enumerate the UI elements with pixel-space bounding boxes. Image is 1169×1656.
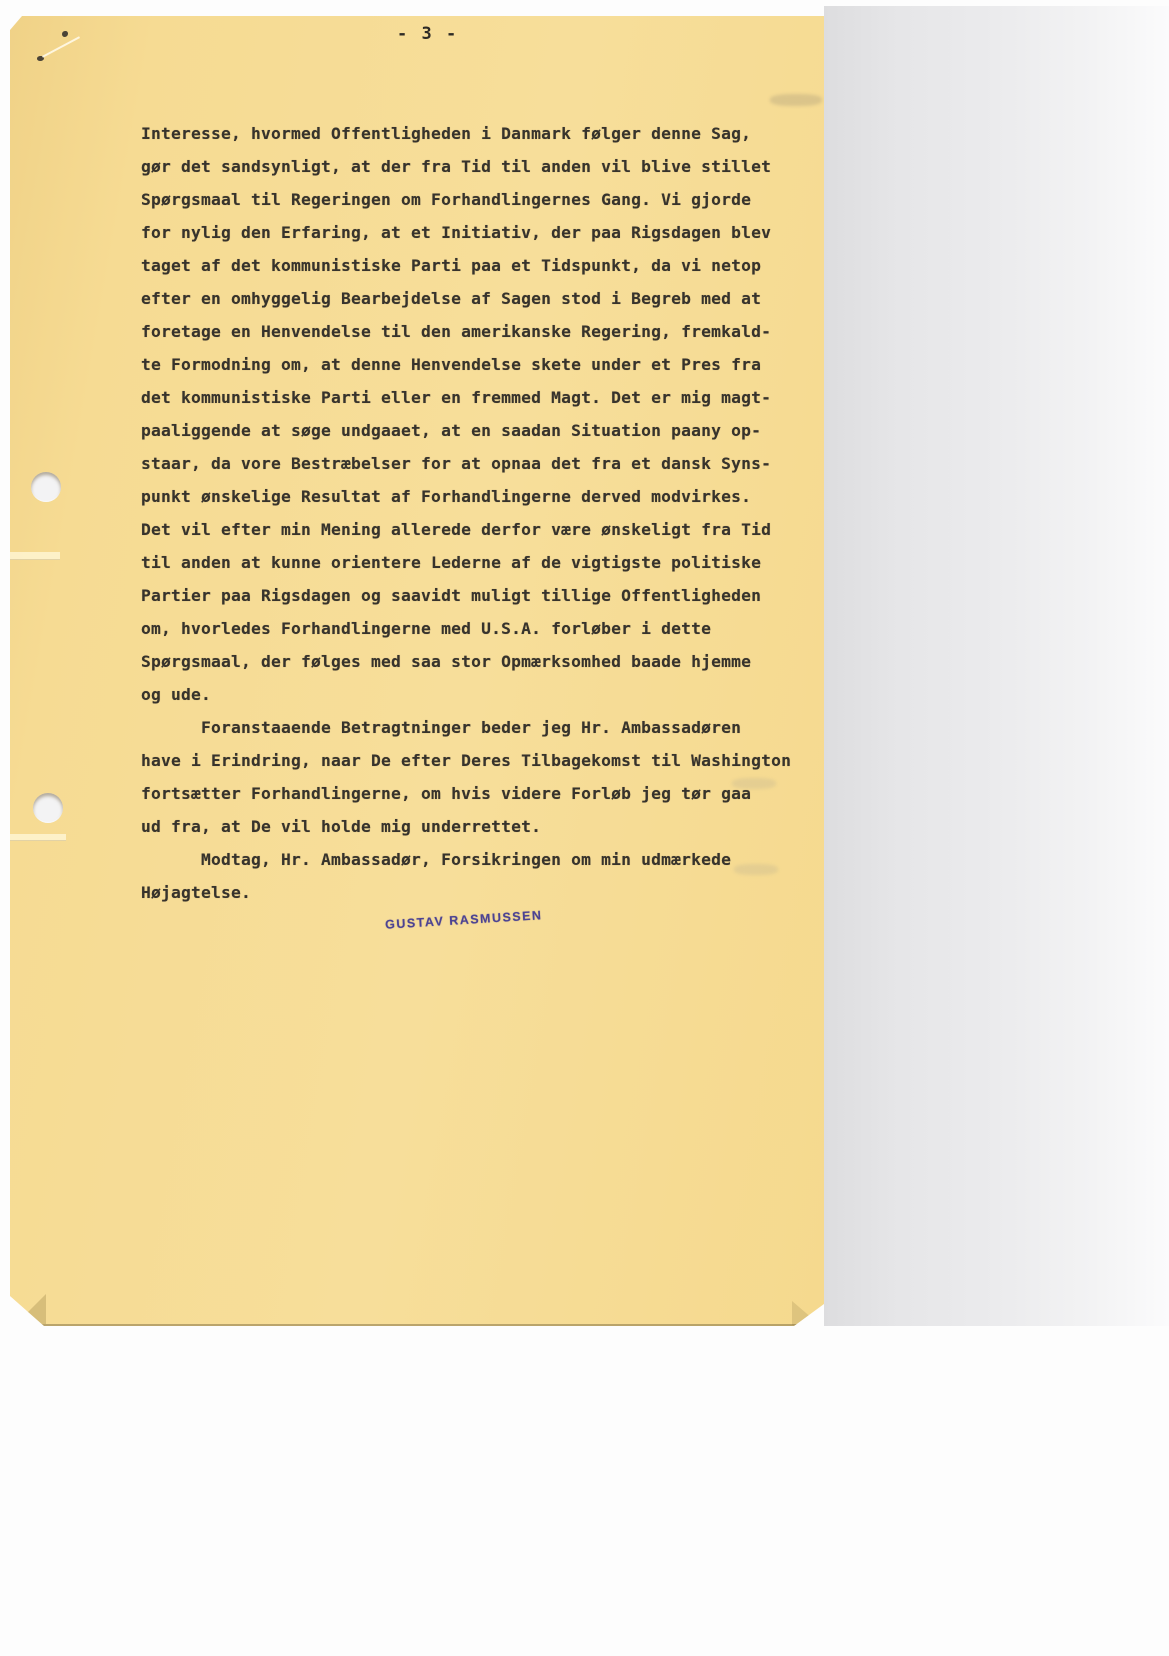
scan-speck	[62, 31, 68, 37]
scan-smudge	[732, 778, 776, 789]
scan-smudge	[770, 94, 822, 106]
scanned-letter-page: - 3 - Interesse, hvormed Offentligheden …	[0, 0, 1169, 1656]
scan-smudge	[734, 864, 778, 875]
corner-fold-bottom-left	[16, 1294, 46, 1324]
scan-scratch-mark	[42, 36, 80, 57]
punch-hole-bottom	[33, 793, 63, 823]
page-number: - 3 -	[397, 24, 458, 44]
paper-bottom-edge	[30, 1324, 804, 1326]
corner-fold-bottom-right	[792, 1301, 820, 1325]
punch-hole-top	[31, 472, 61, 502]
document-paper: - 3 - Interesse, hvormed Offentligheden …	[10, 16, 824, 1326]
paper-crease-lower	[10, 834, 66, 841]
signature-stamp: GUSTAV RASMUSSEN	[385, 908, 543, 932]
letter-body-text: Interesse, hvormed Offentligheden i Danm…	[141, 117, 791, 909]
scanner-backing-strip	[824, 6, 1169, 1326]
paper-crease-upper	[10, 552, 60, 560]
